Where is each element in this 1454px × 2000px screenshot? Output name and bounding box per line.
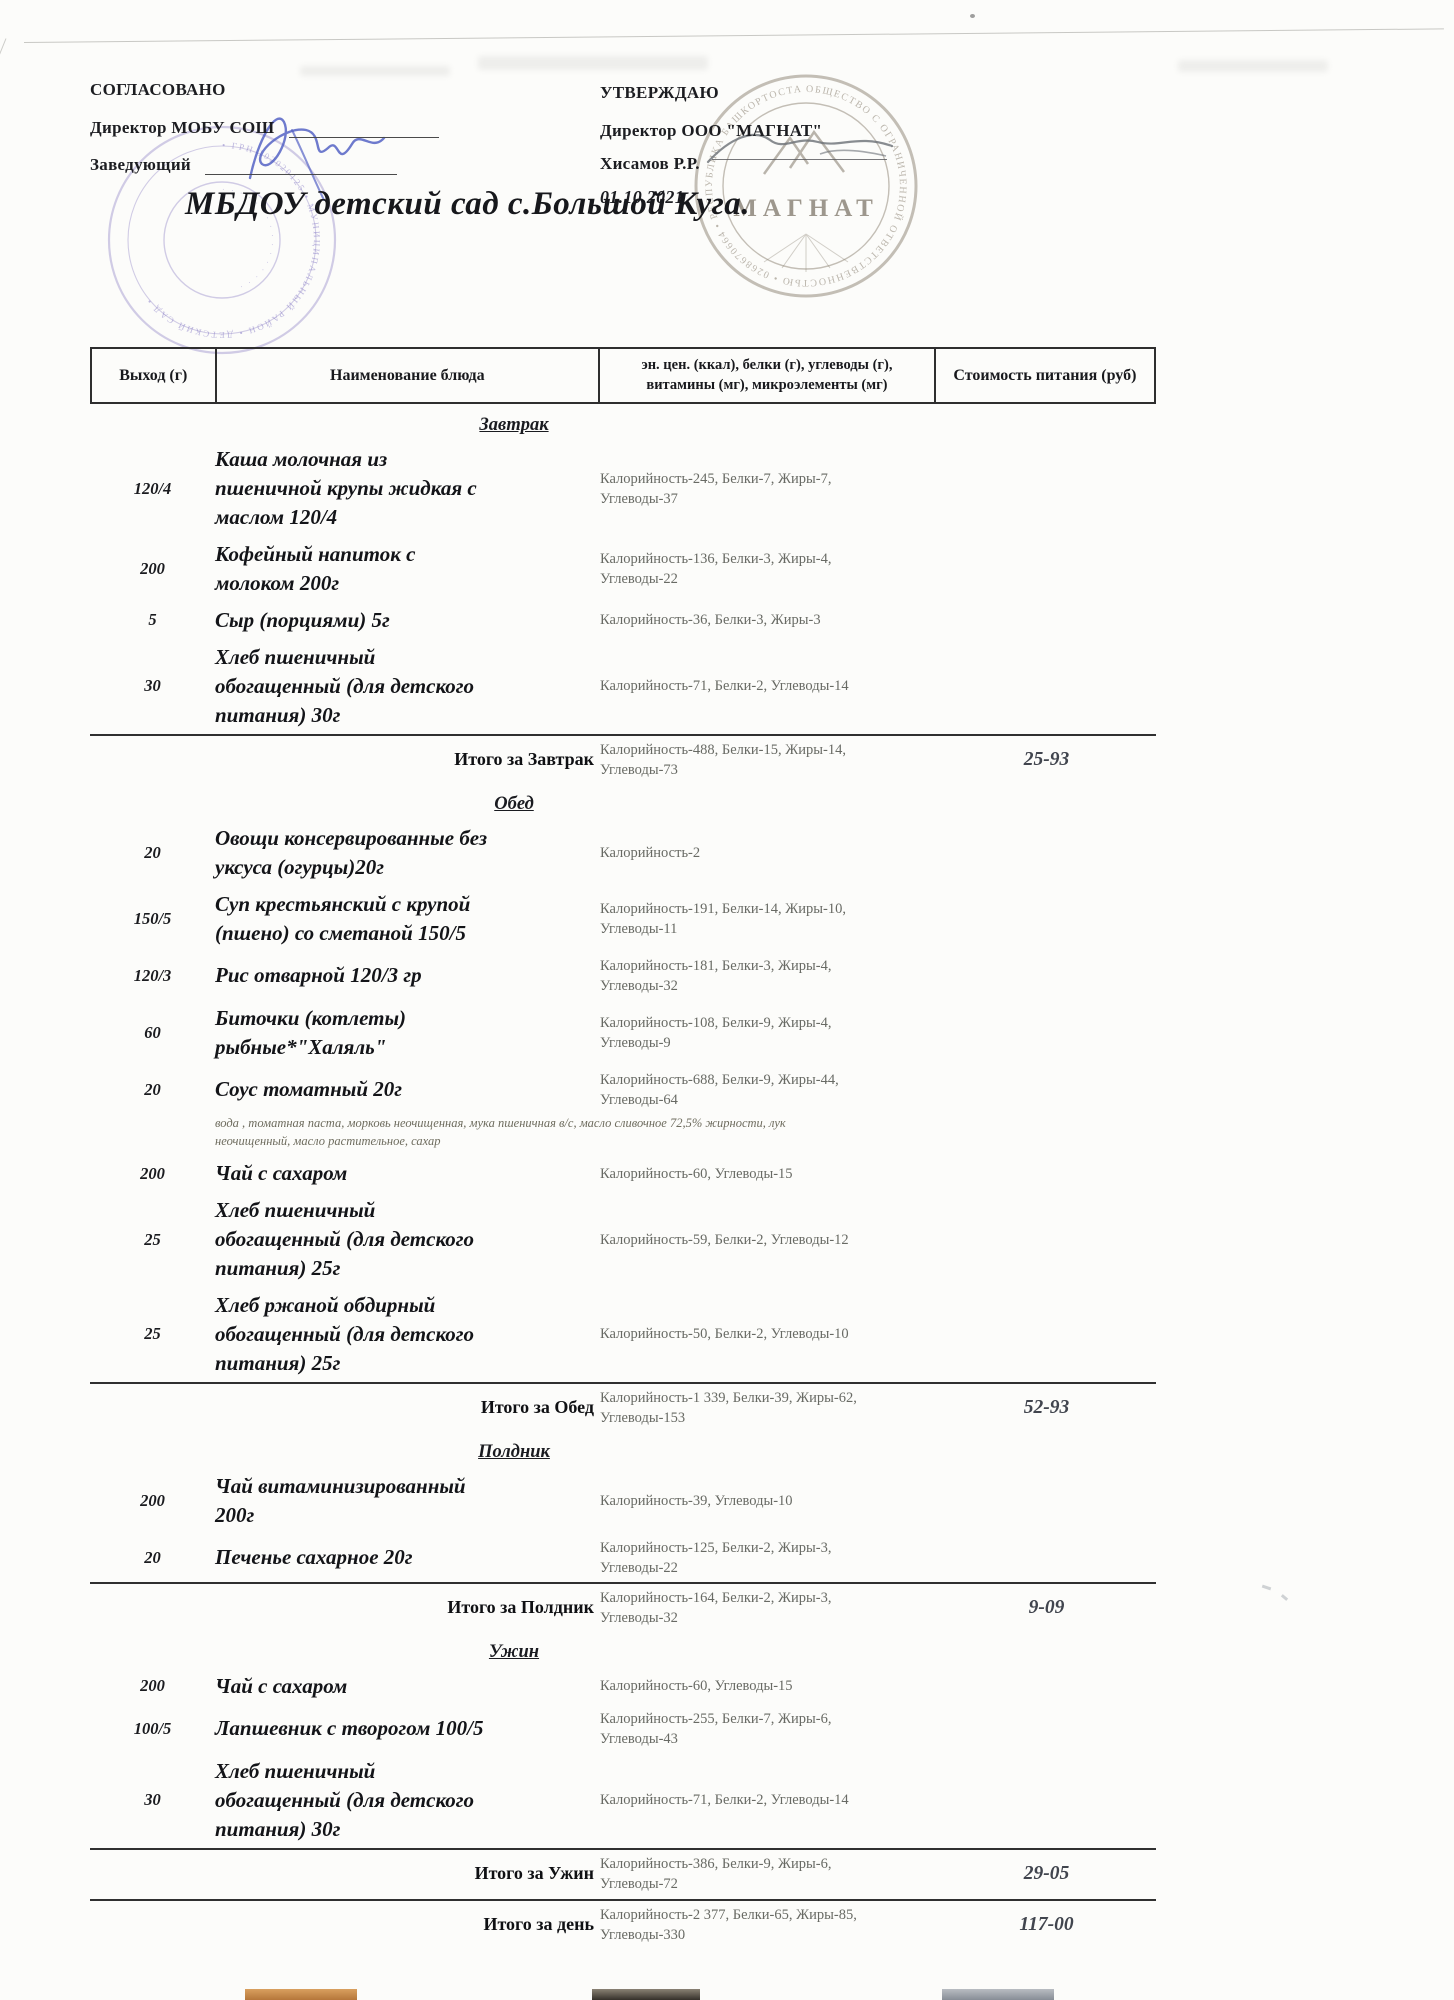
dish-out: 200 — [90, 1164, 215, 1184]
dish-nutrition: Калорийность-108, Белки-9, Жиры-4, Углев… — [600, 1013, 937, 1053]
header-cell-out: Выход (г) — [92, 349, 217, 402]
total-price: 9-09 — [937, 1597, 1156, 1619]
dish-nutrition: Калорийность-59, Белки-2, Углеводы-12 — [600, 1230, 937, 1250]
ink-dot-artifact — [970, 14, 975, 18]
dish-nutrition: Калорийность-50, Белки-2, Углеводы-10 — [600, 1324, 937, 1344]
dish-nutrition: Калорийность-245, Белки-7, Жиры-7, Углев… — [600, 469, 937, 509]
menu-row: 150/5Суп крестьянский с крупой (пшено) с… — [90, 886, 1156, 952]
total-price: 52-93 — [937, 1397, 1156, 1419]
dish-out: 120/3 — [90, 966, 215, 986]
total-nutrition: Калорийность-386, Белки-9, Жиры-6, Углев… — [600, 1854, 937, 1894]
dish-out: 30 — [90, 676, 215, 696]
total-label: Итого за Полдник — [90, 1597, 600, 1618]
dish-out: 200 — [90, 1676, 215, 1696]
dish-out: 5 — [90, 610, 215, 630]
dish-out: 20 — [90, 1548, 215, 1568]
cropped-photo-strip — [245, 1989, 357, 2000]
total-label: Итого за Обед — [90, 1397, 600, 1418]
dish-name: Суп крестьянский с крупой (пшено) со сме… — [215, 890, 600, 948]
dish-nutrition: Калорийность-181, Белки-3, Жиры-4, Углев… — [600, 956, 937, 996]
menu-row: 20Овощи консервированные без уксуса (огу… — [90, 820, 1156, 886]
table-header-row: Выход (г) Наименование блюда эн. цен. (к… — [90, 347, 1156, 404]
section-heading: Полдник — [90, 1442, 938, 1463]
signature-line — [205, 159, 397, 175]
dish-name: Хлеб ржаной обдирный обогащенный (для де… — [215, 1291, 600, 1378]
menu-row: 200Чай с сахаромКалорийность-60, Углевод… — [90, 1155, 1156, 1192]
menu-row: 30Хлеб пшеничный обогащенный (для детско… — [90, 639, 1156, 734]
total-nutrition: Калорийность-2 377, Белки-65, Жиры-85, У… — [600, 1905, 937, 1945]
dish-out: 60 — [90, 1023, 215, 1043]
dish-out: 120/4 — [90, 479, 215, 499]
dish-out: 150/5 — [90, 909, 215, 929]
dish-name: Хлеб пшеничный обогащенный (для детского… — [215, 1757, 600, 1844]
total-price: 29-05 — [937, 1863, 1156, 1885]
section-total-row: Итого за УжинКалорийность-386, Белки-9, … — [90, 1848, 1156, 1899]
menu-table-body: Завтрак120/4Каша молочная из пшеничной к… — [90, 404, 1156, 1950]
menu-row: 20Соус томатный 20гКалорийность-688, Бел… — [90, 1066, 1156, 1114]
dish-out: 200 — [90, 559, 215, 579]
dish-out: 25 — [90, 1324, 215, 1344]
menu-row: 200Чай витаминизированный 200гКалорийнос… — [90, 1468, 1156, 1534]
total-price: 117-00 — [937, 1914, 1156, 1936]
dish-name: Соус томатный 20г — [215, 1075, 600, 1104]
header-cell-dish: Наименование блюда — [217, 349, 601, 402]
total-label: Итого за Завтрак — [90, 749, 600, 770]
dish-out: 200 — [90, 1491, 215, 1511]
header-cell-nutrition: эн. цен. (ккал), белки (г), углеводы (г)… — [600, 349, 936, 402]
scan-smudge — [300, 66, 450, 76]
dish-nutrition: Калорийность-255, Белки-7, Жиры-6, Углев… — [600, 1709, 937, 1749]
dish-nutrition: Калорийность-60, Углеводы-15 — [600, 1164, 937, 1184]
dish-nutrition: Калорийность-71, Белки-2, Углеводы-14 — [600, 1790, 937, 1810]
menu-row: 25Хлеб ржаной обдирный обогащенный (для … — [90, 1287, 1156, 1382]
total-label: Итого за Ужин — [90, 1863, 600, 1884]
dish-nutrition: Калорийность-2 — [600, 843, 937, 863]
dish-nutrition: Калорийность-36, Белки-3, Жиры-3 — [600, 610, 937, 630]
scanned-menu-document: • ГРН 102020125 • МУНИЦИПАЛЬНЫЙ РАЙОН • … — [0, 0, 1454, 2000]
dish-nutrition: Калорийность-39, Углеводы-10 — [600, 1491, 937, 1511]
dish-name: Чай витаминизированный 200г — [215, 1472, 600, 1530]
menu-row: 120/3Рис отварной 120/3 грКалорийность-1… — [90, 952, 1156, 1000]
cropped-photo-strip — [942, 1989, 1054, 2000]
approved-title: УТВЕРЖДАЮ — [600, 83, 822, 103]
dish-out: 20 — [90, 1080, 215, 1100]
menu-row: 60Биточки (котлеты) рыбные*"Халяль"Калор… — [90, 1000, 1156, 1066]
agreed-block: СОГЛАСОВАНО Директор МОБУ СОШ Заведующий — [90, 80, 439, 192]
scan-smudge — [1262, 1585, 1271, 1591]
section-total-row: Итого за ПолдникКалорийность-164, Белки-… — [90, 1582, 1156, 1633]
dish-nutrition: Калорийность-125, Белки-2, Жиры-3, Углев… — [600, 1538, 937, 1578]
day-total-row: Итого за деньКалорийность-2 377, Белки-6… — [90, 1899, 1156, 1950]
scan-line-artifact — [24, 28, 1444, 43]
org-director-label: Директор ООО "МАГНАТ" — [600, 121, 822, 141]
menu-row: 25Хлеб пшеничный обогащенный (для детско… — [90, 1192, 1156, 1287]
scan-smudge — [1178, 60, 1328, 72]
dish-out: 100/5 — [90, 1719, 215, 1739]
menu-table: Выход (г) Наименование блюда эн. цен. (к… — [90, 347, 1156, 1950]
dish-name: Хлеб пшеничный обогащенный (для детского… — [215, 643, 600, 730]
menu-row: 30Хлеб пшеничный обогащенный (для детско… — [90, 1753, 1156, 1848]
dish-name: Чай с сахаром — [215, 1159, 600, 1188]
header-cell-price: Стоимость питания (руб) — [936, 349, 1154, 402]
signature-line — [289, 122, 439, 138]
dish-nutrition: Калорийность-60, Углеводы-15 — [600, 1676, 937, 1696]
total-nutrition: Калорийность-488, Белки-15, Жиры-14, Угл… — [600, 740, 937, 780]
dish-nutrition: Калорийность-688, Белки-9, Жиры-44, Угле… — [600, 1070, 937, 1110]
scan-smudge — [1281, 1594, 1288, 1601]
dish-name: Каша молочная из пшеничной крупы жидкая … — [215, 445, 600, 532]
menu-row: 100/5Лапшевник с творогом 100/5Калорийно… — [90, 1705, 1156, 1753]
document-title: МБДОУ детский сад с.Большой Куга. — [185, 186, 750, 223]
director-name: Хисамов Р.Р. — [600, 154, 700, 174]
dish-name: Кофейный напиток с молоком 200г — [215, 540, 600, 598]
total-nutrition: Калорийность-164, Белки-2, Жиры-3, Углев… — [600, 1588, 937, 1628]
menu-row: 20Печенье сахарное 20гКалорийность-125, … — [90, 1534, 1156, 1582]
dish-name: Лапшевник с творогом 100/5 — [215, 1714, 600, 1743]
dish-out: 25 — [90, 1230, 215, 1250]
dish-name: Хлеб пшеничный обогащенный (для детского… — [215, 1196, 600, 1283]
section-heading: Ужин — [90, 1642, 938, 1663]
total-nutrition: Калорийность-1 339, Белки-39, Жиры-62, У… — [600, 1388, 937, 1428]
dish-nutrition: Калорийность-191, Белки-14, Жиры-10, Угл… — [600, 899, 937, 939]
section-total-row: Итого за ЗавтракКалорийность-488, Белки-… — [90, 734, 1156, 785]
dish-name: Печенье сахарное 20г — [215, 1543, 600, 1572]
menu-row: 5Сыр (порциями) 5гКалорийность-36, Белки… — [90, 602, 1156, 639]
cropped-photo-strip — [592, 1989, 700, 2000]
total-price: 25-93 — [937, 749, 1156, 771]
director-label: Директор МОБУ СОШ — [90, 118, 275, 138]
dish-out: 30 — [90, 1790, 215, 1810]
dish-name: Сыр (порциями) 5г — [215, 606, 600, 635]
dish-out: 20 — [90, 843, 215, 863]
dish-nutrition: Калорийность-71, Белки-2, Углеводы-14 — [600, 676, 937, 696]
dish-name: Рис отварной 120/3 гр — [215, 961, 600, 990]
section-heading: Завтрак — [90, 415, 938, 436]
dish-name: Биточки (котлеты) рыбные*"Халяль" — [215, 1004, 600, 1062]
menu-row: 200Чай с сахаромКалорийность-60, Углевод… — [90, 1668, 1156, 1705]
dish-nutrition: Калорийность-136, Белки-3, Жиры-4, Углев… — [600, 549, 937, 589]
menu-row: 120/4Каша молочная из пшеничной крупы жи… — [90, 441, 1156, 536]
section-heading: Обед — [90, 794, 938, 815]
agreed-title: СОГЛАСОВАНО — [90, 80, 439, 100]
scan-corner-artifact — [0, 38, 6, 98]
dish-name: Овощи консервированные без уксуса (огурц… — [215, 824, 600, 882]
dish-name: Чай с сахаром — [215, 1672, 600, 1701]
menu-row: 200Кофейный напиток с молоком 200гКалори… — [90, 536, 1156, 602]
section-total-row: Итого за ОбедКалорийность-1 339, Белки-3… — [90, 1382, 1156, 1433]
total-label: Итого за день — [90, 1914, 600, 1935]
ingredients-note: вода , томатная паста, морковь неочищенн… — [215, 1114, 835, 1152]
head-label: Заведующий — [90, 155, 191, 175]
scan-smudge — [478, 56, 708, 70]
